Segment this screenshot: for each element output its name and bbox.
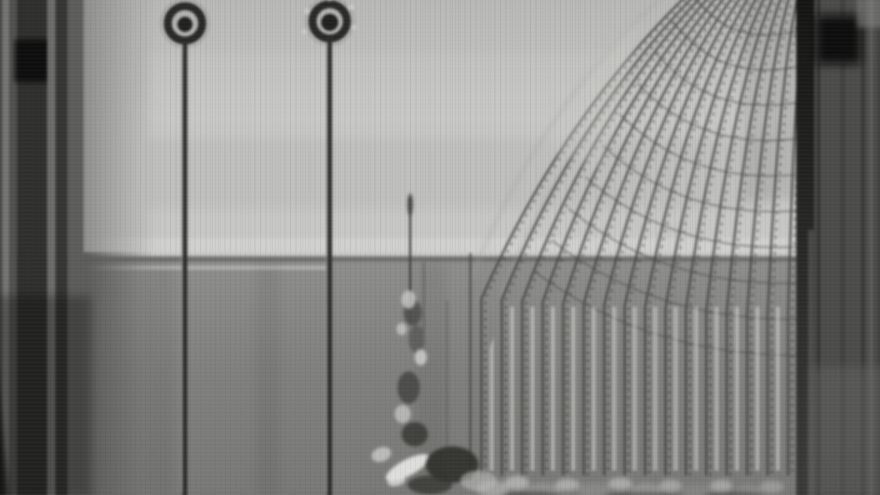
splash-droplet	[710, 480, 732, 492]
right-column	[796, 0, 880, 495]
fountain-ornament-part	[397, 371, 419, 403]
fountain-ornament-part	[402, 422, 428, 446]
left-column	[0, 0, 157, 495]
fan-dense-shadow	[744, 0, 805, 199]
fountain-ornament-part	[460, 471, 496, 491]
engraving-hatch-texture	[140, 0, 710, 252]
right-column-top-light	[857, 0, 880, 27]
right-column-dark-blob	[816, 15, 861, 64]
splash-droplet	[760, 481, 784, 493]
fountain-ornament-part	[396, 323, 406, 335]
splash-droplet	[555, 479, 579, 491]
right-column-lower-light	[810, 366, 880, 495]
splash-droplet	[660, 480, 682, 492]
fountain-ornament-part	[394, 405, 410, 423]
splash-droplet	[608, 478, 632, 490]
splash-droplet	[505, 476, 529, 490]
wall-coping-shadow-line	[59, 257, 808, 261]
fountain-ornament-part	[409, 325, 425, 353]
left-column-dark-blob	[15, 40, 49, 83]
falling-water-curtain-highlights	[492, 307, 778, 471]
engraving-photo	[0, 0, 880, 495]
fountain-ornament-part	[408, 476, 453, 494]
fountain-ornament-part	[415, 349, 427, 365]
fountain-ornament-part	[402, 291, 416, 309]
